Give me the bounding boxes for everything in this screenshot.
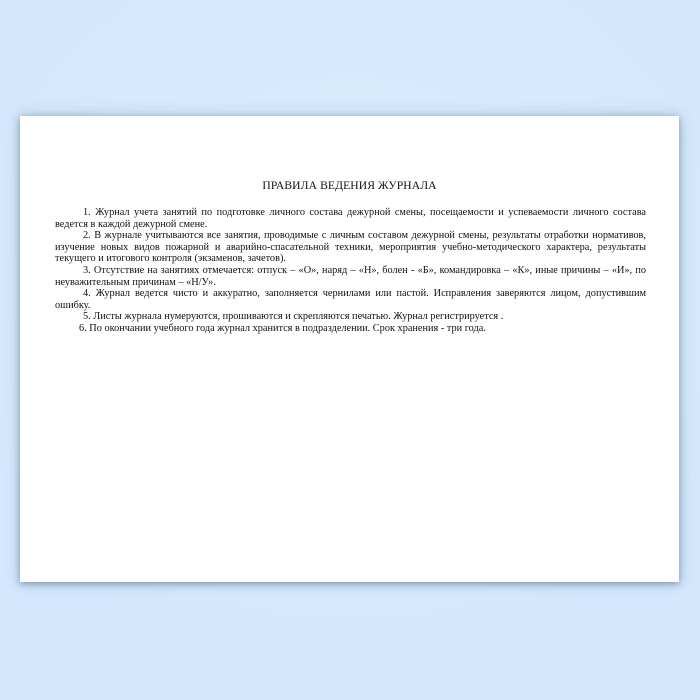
rule-paragraph-1: 1. Журнал учета занятий по подготовке ли… xyxy=(55,207,646,230)
document-body: 1. Журнал учета занятий по подготовке ли… xyxy=(55,207,646,335)
rule-paragraph-4: 4. Журнал ведется чисто и аккуратно, зап… xyxy=(55,288,646,311)
rule-paragraph-6: 6. По окончании учебного года журнал хра… xyxy=(55,323,646,335)
document-title: ПРАВИЛА ВЕДЕНИЯ ЖУРНАЛА xyxy=(20,179,679,192)
rule-paragraph-3: 3. Отсутствие на занятиях отмечается: от… xyxy=(55,265,646,288)
rule-paragraph-5: 5. Листы журнала нумеруются, прошиваются… xyxy=(55,311,646,323)
rule-paragraph-2: 2. В журнале учитываются все занятия, пр… xyxy=(55,230,646,265)
document-page: ПРАВИЛА ВЕДЕНИЯ ЖУРНАЛА 1. Журнал учета … xyxy=(20,116,679,582)
